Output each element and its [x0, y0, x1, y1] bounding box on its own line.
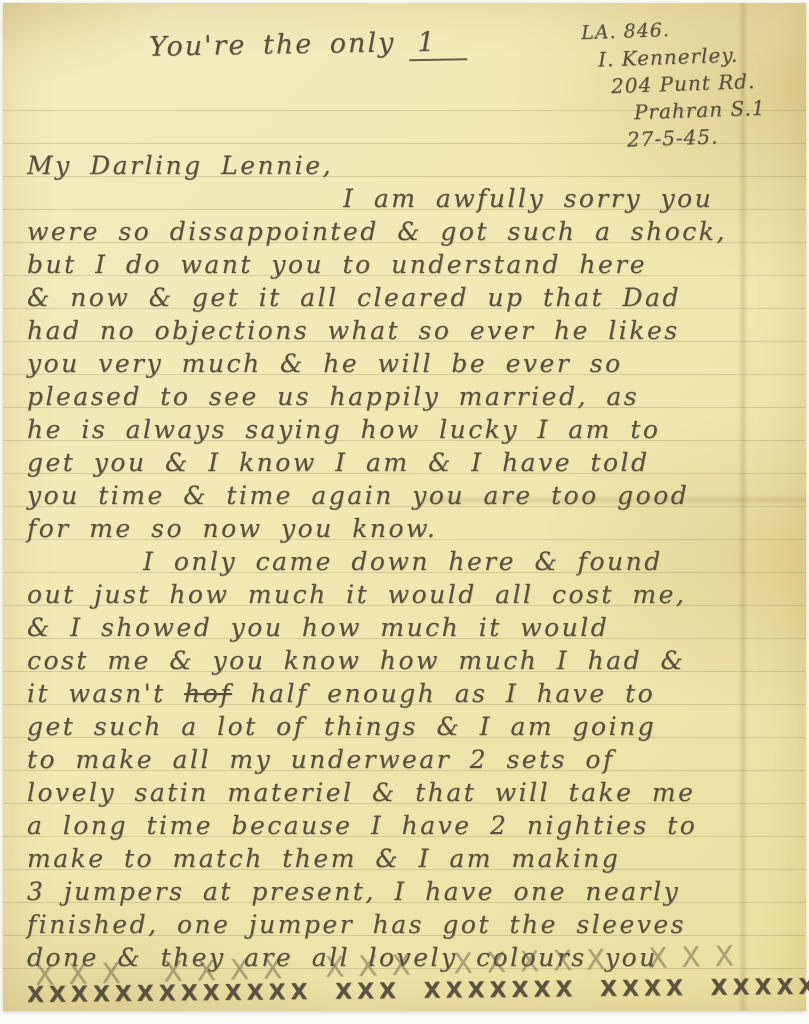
crossed-out-word: hof: [184, 679, 232, 708]
letter-line: finished, one jumper has got the sleeves: [27, 908, 800, 941]
letter-line: & now & get it all cleared up that Dad: [27, 281, 800, 314]
letter-line: you time & time again you are too good: [27, 479, 800, 512]
correction-text-after: half enough as I have to: [232, 679, 655, 708]
letter-line: but I do want you to understand here: [27, 248, 800, 281]
letter-line: a long time because I have 2 nighties to: [27, 809, 800, 842]
masthead-text: You're the only: [149, 27, 396, 62]
letter-line: you very much & he will be ever so: [27, 347, 800, 380]
letter-line: he is always saying how lucky I am to: [27, 413, 800, 446]
masthead-number: 1: [409, 26, 467, 61]
sender-address-block: LA. 846. I. Kennerley. 204 Punt Rd. Prah…: [575, 14, 767, 155]
paragraph2-opening: I only came down here & found: [27, 545, 800, 578]
correction-text-before: it wasn't: [27, 679, 184, 708]
letter-line: for me so now you know.: [27, 512, 800, 545]
letter-body: My Darling Lennie, I am awfully sorry yo…: [27, 149, 800, 1008]
sender-suburb: Prahran S.1: [633, 95, 765, 127]
kisses-row: XXXXXXXXXXXXX XXX XXXXXXX XXXX XXXXXXX: [27, 971, 800, 1012]
kisses-rows: XXX XXXX XXX XXXXX XXX XXXXXXXXXXXXX XXX…: [27, 975, 800, 1008]
letter-masthead: You're the only1: [149, 26, 467, 66]
letter-line: get you & I know I am & I have told: [27, 446, 800, 479]
letter-line: out just how much it would all cost me,: [27, 578, 800, 611]
scanned-letter: You're the only1 LA. 846. I. Kennerley. …: [0, 0, 809, 1024]
letter-line: make to match them & I am making: [27, 842, 800, 875]
letter-line: get such a lot of things & I am going: [27, 710, 800, 743]
letter-line: had no objections what so ever he likes: [27, 314, 800, 347]
letter-paper: You're the only1 LA. 846. I. Kennerley. …: [3, 3, 806, 1011]
letter-line: were so dissappointed & got such a shock…: [27, 215, 800, 248]
letter-line: lovely satin materiel & that will take m…: [27, 776, 800, 809]
paragraph1-opening: I am awfully sorry you: [27, 182, 800, 215]
salutation: My Darling Lennie,: [27, 149, 800, 182]
letter-line: pleased to see us happily married, as: [27, 380, 800, 413]
letter-line: to make all my underwear 2 sets of: [27, 743, 800, 776]
letter-line-with-correction: it wasn't hof half enough as I have to: [27, 677, 800, 710]
letter-line: cost me & you know how much I had &: [27, 644, 800, 677]
letter-line: 3 jumpers at present, I have one nearly: [27, 875, 800, 908]
letter-line: & I showed you how much it would: [27, 611, 800, 644]
